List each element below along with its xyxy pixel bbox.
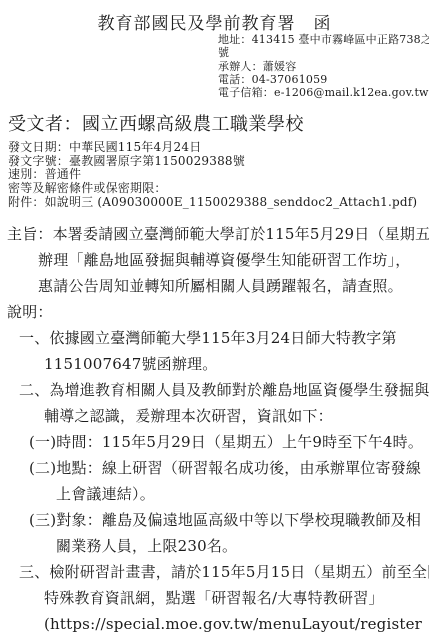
letter-meta-block: 發文日期：中華民國115年4月24日發文字號：臺教國署原字第1150029388… [8, 141, 417, 210]
body-line: 三、檢附研習計畫書，請於115年5月15日（星期五）前至全國 [0, 559, 429, 585]
body-line: 主旨：本署委請國立臺灣師範大學訂於115年5月29日（星期五） [0, 221, 429, 247]
recipient-line: 受文者：國立西螺高級農工職業學校 [8, 110, 304, 136]
body-line: 一、依據國立臺灣師範大學115年3月24日師大特教字第 [0, 325, 429, 351]
sender-info-line: 電子信箱：e-1206@mail.k12ea.gov.tw [218, 86, 429, 99]
letter-body: 主旨：本署委請國立臺灣師範大學訂於115年5月29日（星期五）辦理「離島地區發掘… [0, 221, 429, 637]
sender-info-line: 電話：04-37061059 [218, 73, 429, 86]
sender-contact-block: 地址：413415 臺中市霧峰區中正路738之4號承辦人：蕭媛容電話：04-37… [218, 33, 429, 99]
sender-info-line: 地址：413415 臺中市霧峰區中正路738之4 [218, 33, 429, 46]
body-line: 1151007647號函辦理。 [0, 351, 429, 377]
sender-info-line: 號 [218, 46, 429, 59]
body-line: (https://special.moe.gov.tw/menuLayout/r… [0, 611, 429, 637]
body-line: (三)對象：離島及偏遠地區高級中等以下學校現職教師及相 [0, 507, 429, 533]
meta-line: 密等及解密條件或保密期限： [8, 182, 417, 196]
body-line: 二、為增進教育相關人員及教師對於離島地區資優學生發掘與 [0, 377, 429, 403]
body-line: (一)時間：115年5月29日（星期五）上午9時至下午4時。 [0, 429, 429, 455]
body-line: 特殊教育資訊網，點選「研習報名/大專特教研習」 [0, 585, 429, 611]
body-line: (二)地點：線上研習（研習報名成功後，由承辦單位寄發線 [0, 455, 429, 481]
body-line: 上會議連結）。 [0, 481, 429, 507]
sender-info-line: 承辦人：蕭媛容 [218, 60, 429, 73]
official-letter-page: 教育部國民及學前教育署 函 地址：413415 臺中市霧峰區中正路738之4號承… [0, 0, 429, 638]
body-line: 說明： [0, 299, 429, 325]
body-line: 辦理「離島地區發掘與輔導資優學生知能研習工作坊」， [0, 247, 429, 273]
body-line: 惠請公告周知並轉知所屬相關人員踴躍報名，請查照。 [0, 273, 429, 299]
meta-line: 附件：如說明三 (A09030000E_1150029388_senddoc2_… [8, 196, 417, 210]
body-line: 關業務人員，上限230名。 [0, 533, 429, 559]
body-line: 輔導之認識，爰辦理本次研習，資訊如下： [0, 403, 429, 429]
meta-line: 發文日期：中華民國115年4月24日 [8, 141, 417, 155]
letter-title: 教育部國民及學前教育署 函 [0, 9, 429, 34]
